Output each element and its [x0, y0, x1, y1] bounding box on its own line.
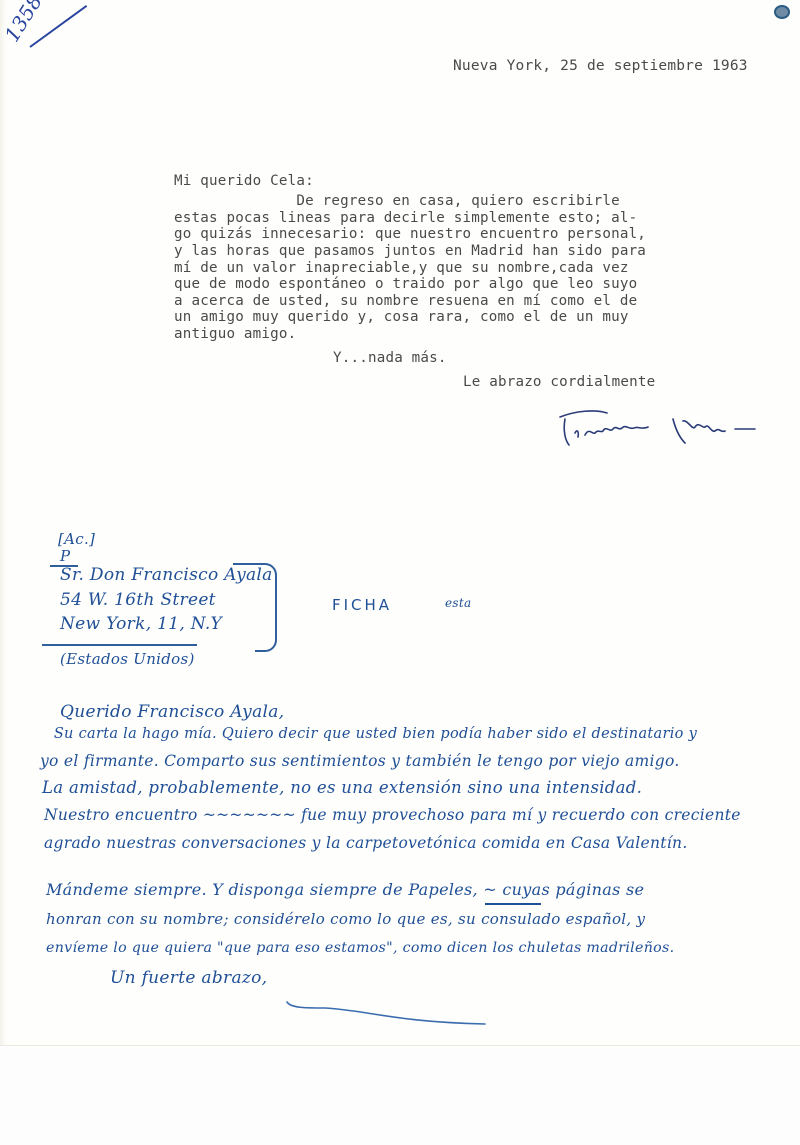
letter-page: 1358 Nueva York, 25 de septiembre 1963 M…: [0, 0, 800, 1045]
reply-line: La amistad, probablemente, no es una ext…: [42, 778, 642, 797]
ficha-note: esta: [445, 596, 471, 610]
ficha-label: FICHA: [332, 596, 392, 614]
closing: Le abrazo cordialmente: [463, 374, 655, 391]
archive-stamp-icon: [774, 5, 790, 19]
address-underline: [42, 644, 197, 646]
p-mark: P: [60, 547, 70, 565]
bracket: [255, 563, 277, 652]
reference-mark: [Ac.]: [58, 530, 95, 548]
body-line: go quizás innecesario: que nuestro encue…: [174, 226, 646, 243]
scan-margin: [0, 1045, 800, 1145]
bracket-top: [233, 563, 257, 565]
body-line: a acerca de usted, su nombre resuena en …: [174, 293, 637, 310]
body-line: antiguo amigo.: [174, 326, 296, 343]
closing-short: Y...nada más.: [333, 350, 447, 367]
body-line: un amigo muy querido y, cosa rara, como …: [174, 309, 629, 326]
signature-stroke: [285, 1000, 515, 1030]
address-line: New York, 11, N.Y: [60, 614, 222, 634]
body-line: mí de un valor inapreciable,y que su nom…: [174, 260, 629, 277]
reply-salutation: Querido Francisco Ayala,: [60, 702, 284, 722]
address-line: (Estados Unidos): [60, 650, 195, 668]
body-line: De regreso en casa, quiero escribirle: [174, 193, 620, 210]
salutation: Mi querido Cela:: [174, 173, 314, 190]
signature: [555, 405, 795, 455]
reply-line: Nuestro encuentro ~~~~~~~ fue muy provec…: [44, 806, 741, 824]
reply-line: envíeme lo que quiera "que para eso esta…: [46, 940, 674, 956]
body-line: y las horas que pasamos juntos en Madrid…: [174, 243, 646, 260]
address-line: Sr. Don Francisco Ayala: [60, 565, 273, 585]
reply-line: yo el firmante. Comparto sus sentimiento…: [40, 752, 680, 770]
body-line: que de modo espontáneo o traido por algo…: [174, 276, 637, 293]
reply-closing: Un fuerte abrazo,: [110, 968, 267, 988]
place-date: Nueva York, 25 de septiembre 1963: [453, 58, 748, 75]
reply-line: Mándeme siempre. Y disponga siempre de P…: [46, 880, 644, 899]
address-line: 54 W. 16th Street: [60, 590, 216, 610]
body-line: estas pocas lineas para decirle simpleme…: [174, 210, 637, 227]
papeles-underline: [485, 903, 541, 905]
reply-line: agrado nuestras conversaciones y la carp…: [44, 834, 688, 852]
reply-line: Su carta la hago mía. Quiero decir que u…: [44, 726, 697, 742]
reply-line: honran con su nombre; considérelo como l…: [46, 910, 645, 928]
